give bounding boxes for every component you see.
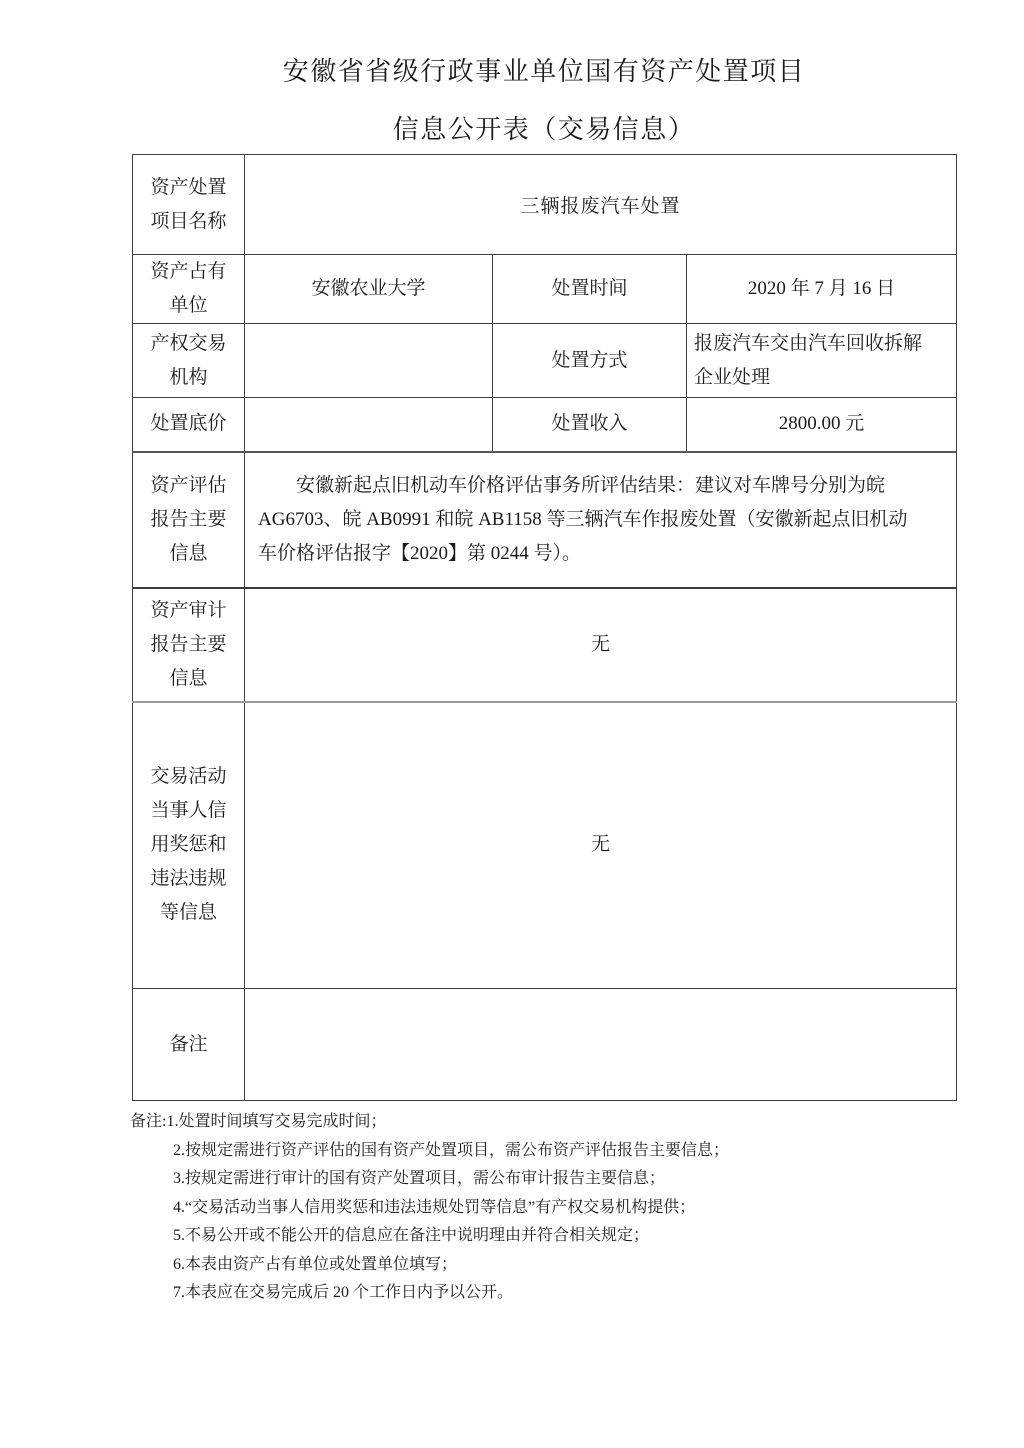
document-header: 安徽省省级行政事业单位国有资产处置项目 信息公开表（交易信息） (132, 0, 956, 148)
project-name-value: 三辆报废汽车处置 (245, 155, 957, 255)
credit-info-value: 无 (245, 702, 957, 989)
footnote-line-1: 备注:1.处置时间填写交易完成时间； (130, 1108, 900, 1137)
row-agency: 产权交易机构 处置方式 报废汽车交由汽车回收拆解 企业处理 (133, 324, 957, 398)
floor-price-value (245, 398, 493, 452)
remark-value (245, 989, 957, 1101)
row-project: 资产处置项目名称 三辆报废汽车处置 (133, 155, 957, 255)
row-credit: 交易活动当事人信用奖惩和违法违规等信息 无 (133, 702, 957, 989)
document-title-line2: 信息公开表（交易信息） (132, 112, 956, 148)
trading-agency-label: 产权交易机构 (133, 324, 245, 398)
footnote-prefix: 备注: (130, 1113, 166, 1130)
footnote-item-7: 7.本表应在交易完成后 20 个工作日内予以公开。 (130, 1279, 900, 1308)
row-appraisal: 资产评估报告主要信息 安徽新起点旧机动车价格评估事务所评估结果：建议对车牌号分别… (133, 452, 957, 588)
asset-owner-value: 安徽农业大学 (245, 255, 493, 324)
disposal-income-value: 2800.00 元 (687, 398, 957, 452)
disposal-info-table: 资产处置项目名称 三辆报废汽车处置 资产占有单位 安徽农业大学 处置时间 202… (132, 154, 957, 1101)
credit-info-label: 交易活动当事人信用奖惩和违法违规等信息 (133, 702, 245, 989)
document-title-line1: 安徽省省级行政事业单位国有资产处置项目 (132, 54, 956, 90)
row-floor-price: 处置底价 处置收入 2800.00 元 (133, 398, 957, 452)
row-audit: 资产审计报告主要信息 无 (133, 588, 957, 702)
appraisal-report-value: 安徽新起点旧机动车价格评估事务所评估结果：建议对车牌号分别为皖 AG6703、皖… (245, 452, 957, 588)
footnote-item-1: 1.处置时间填写交易完成时间； (166, 1113, 386, 1130)
remark-label: 备注 (133, 989, 245, 1101)
row-remark: 备注 (133, 989, 957, 1101)
audit-report-value: 无 (245, 588, 957, 702)
floor-price-label: 处置底价 (133, 398, 245, 452)
footnote-item-2: 2.按规定需进行资产评估的国有资产处置项目，需公布资产评估报告主要信息； (130, 1137, 900, 1166)
footnotes: 备注:1.处置时间填写交易完成时间； 2.按规定需进行资产评估的国有资产处置项目… (130, 1108, 900, 1308)
row-owner: 资产占有单位 安徽农业大学 处置时间 2020 年 7 月 16 日 (133, 255, 957, 324)
disposal-time-label: 处置时间 (493, 255, 687, 324)
disposal-method-value: 报废汽车交由汽车回收拆解 企业处理 (687, 324, 957, 398)
project-name-label: 资产处置项目名称 (133, 155, 245, 255)
trading-agency-value (245, 324, 493, 398)
disposal-method-label: 处置方式 (493, 324, 687, 398)
appraisal-report-label: 资产评估报告主要信息 (133, 452, 245, 588)
disposal-time-value: 2020 年 7 月 16 日 (687, 255, 957, 324)
audit-report-label: 资产审计报告主要信息 (133, 588, 245, 702)
footnote-item-5: 5.不易公开或不能公开的信息应在备注中说明理由并符合相关规定； (130, 1222, 900, 1251)
disposal-income-label: 处置收入 (493, 398, 687, 452)
footnote-item-6: 6.本表由资产占有单位或处置单位填写； (130, 1251, 900, 1280)
asset-owner-label: 资产占有单位 (133, 255, 245, 324)
footnote-item-4: 4.“交易活动当事人信用奖惩和违法违规处罚等信息”有产权交易机构提供； (130, 1194, 900, 1223)
footnote-item-3: 3.按规定需进行审计的国有资产处置项目，需公布审计报告主要信息； (130, 1165, 900, 1194)
